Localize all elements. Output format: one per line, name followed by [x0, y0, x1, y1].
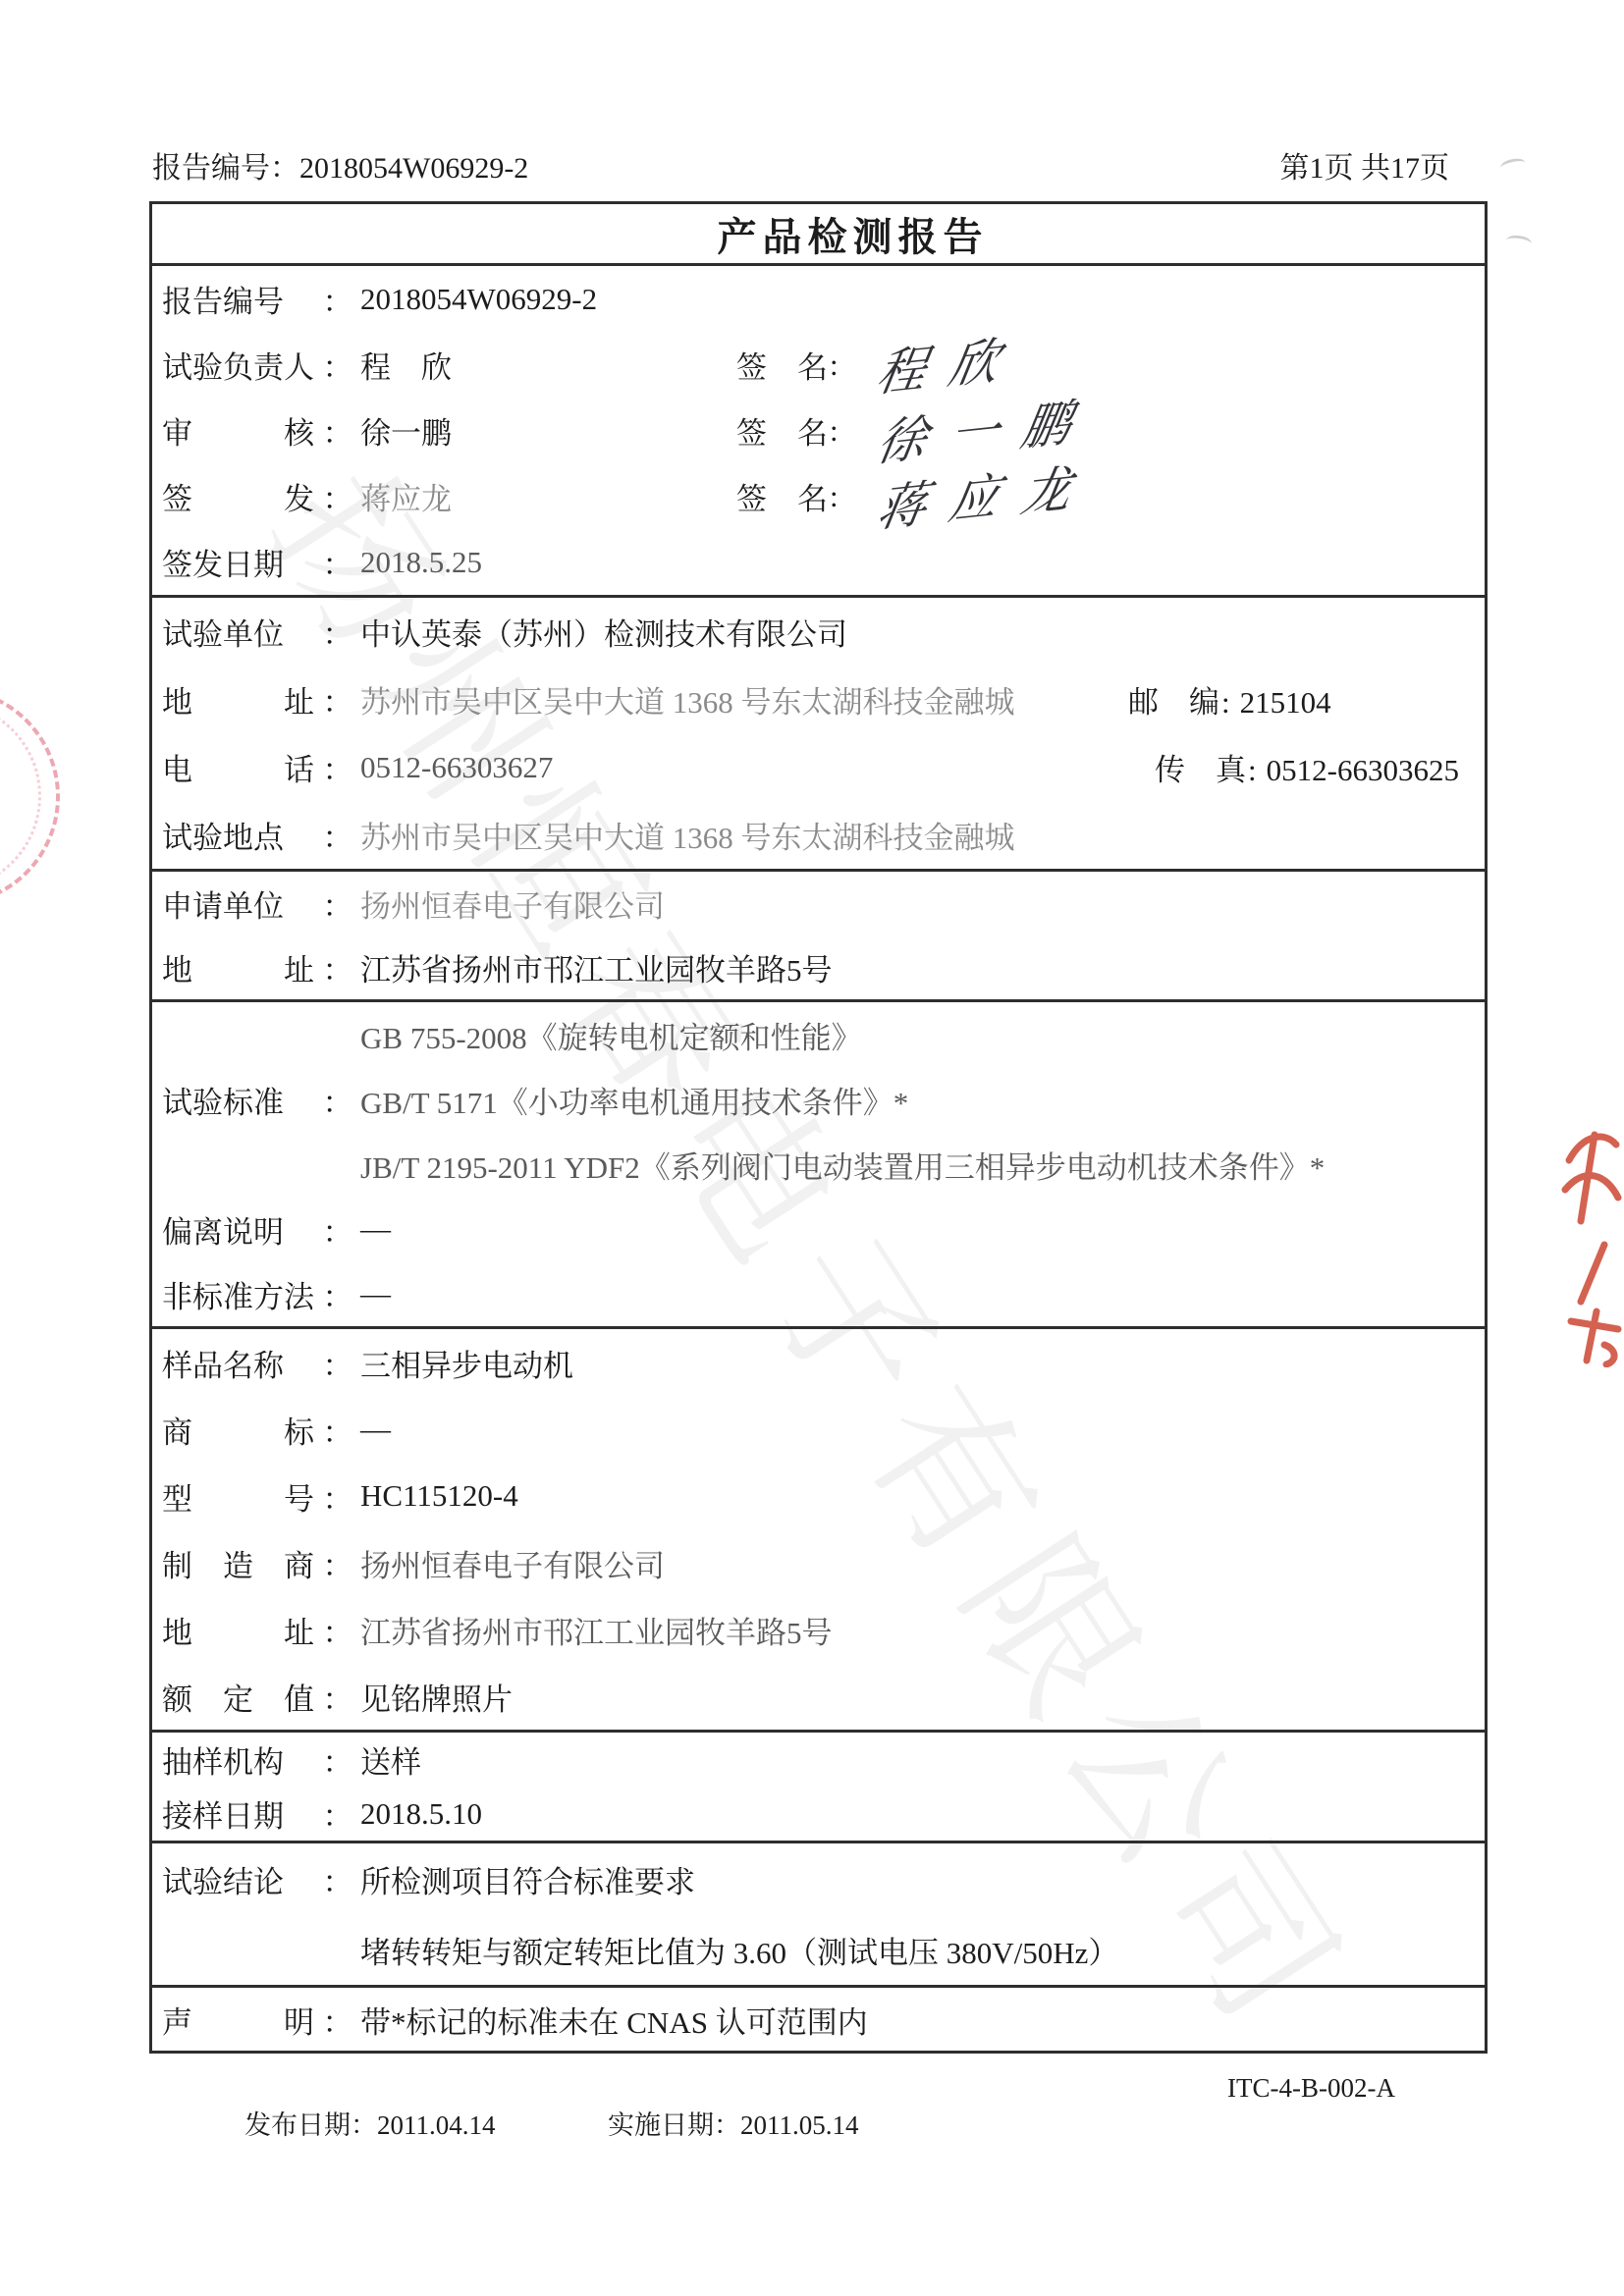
colon: ： — [321, 474, 354, 518]
section-sample: 样品名称 ： 三相异步电动机 商 标 ： — 型 号 ： HC115120-4 … — [152, 1326, 1485, 1730]
field-label: 审 核 — [162, 408, 321, 453]
row-sample-date: 接样日期 ： 2018.5.10 — [152, 1787, 1485, 1841]
report-number-label: 报告编号： — [152, 152, 299, 185]
row-nonstandard-method: 非标准方法 ： — — [152, 1261, 1485, 1326]
field-label: 抽样机构 — [162, 1737, 321, 1782]
section-conclusion: 试验结论 ： 所检测项目符合标准要求 ： 堵转转矩与额定转矩比值为 3.60（测… — [152, 1841, 1485, 1985]
row-model: 型 号 ： HC115120-4 — [152, 1463, 1485, 1529]
red-stamp-fragment — [1561, 1127, 1624, 1367]
publish-date: 发布日期：2011.04.14 — [218, 2073, 496, 2172]
field-value: 0512-66303627 — [360, 750, 553, 785]
row-standard-1: ： GB 755-2008《旋转电机定额和性能》 — [152, 1002, 1485, 1067]
field-label: 接样日期 — [162, 1791, 321, 1836]
field-label: 声 明 — [162, 1998, 321, 2042]
sign-label: 签 名 — [736, 408, 828, 453]
field-value: — — [360, 1276, 391, 1311]
colon: ： — [321, 1998, 354, 2042]
field-label: 地 址 — [162, 677, 321, 721]
colon: ： — [321, 1737, 354, 1782]
signature-group: 签 名: 蒋应龙 — [736, 464, 1096, 529]
colon: : — [830, 413, 839, 449]
field-label: 签发日期 — [162, 540, 321, 584]
report-title: 产品检测报告 — [152, 204, 1485, 263]
colon: ： — [321, 945, 354, 989]
fax-label: 传 真 — [1155, 753, 1246, 787]
field-label: 型 号 — [162, 1474, 321, 1519]
page-meta-header: 报告编号：2018054W06929-2 第1页 共17页 — [152, 143, 1449, 187]
field-value: 所检测项目符合标准要求 — [360, 1857, 695, 1901]
field-label: 报告编号 — [162, 277, 321, 321]
field-label: 偏离说明 — [162, 1207, 321, 1252]
row-standard-2: 试验标准 ： GB/T 5171《小功率电机通用技术条件》* — [152, 1067, 1485, 1132]
colon: ： — [321, 277, 354, 321]
report-table: 产品检测报告 报告编号 ： 2018054W06929-2 试验负责人 ： 程 … — [149, 201, 1488, 2054]
field-label: 非标准方法 — [162, 1272, 321, 1316]
colon: : — [830, 479, 839, 514]
field-value: — — [360, 1412, 391, 1447]
field-label: 试验负责人 — [162, 343, 321, 387]
colon: ： — [321, 1078, 354, 1122]
field-value: 程 欣 — [360, 343, 452, 387]
field-value: GB 755-2008《旋转电机定额和性能》 — [360, 1013, 862, 1057]
colon: ： — [321, 610, 354, 654]
field-value: 2018054W06929-2 — [360, 282, 597, 317]
field-value: 苏州市吴中区吴中大道 1368 号东太湖科技金融城 — [360, 677, 1015, 721]
colon: ： — [321, 1541, 354, 1585]
row-issuer: 签 发 ： 蒋应龙 签 名: 蒋应龙 — [152, 463, 1485, 529]
field-label: 申请单位 — [162, 881, 321, 926]
field-label: 额 定 值 — [162, 1675, 321, 1719]
colon: ： — [321, 1675, 354, 1719]
row-applicant: 申请单位 ： 扬州恒春电子有限公司 — [152, 872, 1485, 935]
colon: ： — [321, 343, 354, 387]
colon: ： — [321, 1408, 354, 1452]
colon: ： — [321, 1474, 354, 1519]
section-standards: ： GB 755-2008《旋转电机定额和性能》 试验标准 ： GB/T 517… — [152, 999, 1485, 1326]
colon: ： — [321, 1857, 354, 1901]
row-mfr-address: 地 址 ： 江苏省扬州市邗江工业园牧羊路5号 — [152, 1596, 1485, 1663]
report-number-value: 2018054W06929-2 — [299, 152, 528, 185]
row-trademark: 商 标 ： — — [152, 1396, 1485, 1463]
row-manufacturer: 制 造 商 ： 扬州恒春电子有限公司 — [152, 1529, 1485, 1596]
implement-date: 实施日期：2011.05.14 — [581, 2073, 859, 2172]
field-value: 堵转转矩与额定转矩比值为 3.60（测试电压 380V/50Hz） — [360, 1928, 1118, 1972]
field-value: 扬州恒春电子有限公司 — [360, 1541, 665, 1585]
field-value: 送样 — [360, 1737, 421, 1782]
sign-label: 签 名 — [736, 474, 828, 518]
page-indicator: 第1页 共17页 — [1280, 143, 1450, 187]
document-code: ITC-4-B-002-A — [1227, 2073, 1395, 2104]
scan-artifact — [1505, 234, 1533, 249]
colon: ： — [321, 813, 354, 857]
colon: : — [830, 347, 839, 383]
field-value: 见铭牌照片 — [360, 1675, 513, 1719]
field-label: 地 址 — [162, 945, 321, 989]
colon: ： — [321, 1341, 354, 1385]
section-report-info: 报告编号 ： 2018054W06929-2 试验负责人 ： 程 欣 签 名: … — [152, 263, 1485, 595]
scanned-report-page: 扬州恒春电子有限公司 报告编号：2018054W06929-2 第1页 共17页 — [0, 0, 1624, 2296]
field-value: 徐一鹏 — [360, 408, 452, 453]
field-label: 样品名称 — [162, 1341, 321, 1385]
field-value: HC115120-4 — [360, 1478, 518, 1514]
row-phone: 电 话 ： 0512-66303627 传 真:0512-66303625 — [152, 733, 1485, 801]
field-value: 江苏省扬州市邗江工业园牧羊路5号 — [360, 945, 833, 989]
section-title: 产品检测报告 — [152, 204, 1485, 263]
colon: ： — [321, 408, 354, 453]
field-label: 制 造 商 — [162, 1541, 321, 1585]
colon: ： — [321, 745, 354, 789]
section-applicant: 申请单位 ： 扬州恒春电子有限公司 地 址 ： 江苏省扬州市邗江工业园牧羊路5号 — [152, 869, 1485, 999]
row-sampling-org: 抽样机构 ： 送样 — [152, 1733, 1485, 1787]
row-statement: 声 明 ： 带*标记的标准未在 CNAS 认可范围内 — [152, 1988, 1485, 2051]
field-value: 江苏省扬州市邗江工业园牧羊路5号 — [360, 1608, 833, 1652]
row-conclusion-2: ： 堵转转矩与额定转矩比值为 3.60（测试电压 380V/50Hz） — [152, 1914, 1485, 1985]
colon: ： — [321, 881, 354, 926]
field-value: 中认英泰（苏州）检测技术有限公司 — [360, 610, 847, 654]
colon: : — [1248, 753, 1257, 788]
field-value: 蒋应龙 — [360, 474, 452, 518]
row-test-leader: 试验负责人 ： 程 欣 签 名: 程欣 — [152, 332, 1485, 398]
field-value: — — [360, 1211, 391, 1247]
field-value: 2018.5.10 — [360, 1796, 482, 1832]
field-label: 试验结论 — [162, 1857, 321, 1901]
section-sampling: 抽样机构 ： 送样 接样日期 ： 2018.5.10 — [152, 1730, 1485, 1841]
field-label: 商 标 — [162, 1408, 321, 1452]
publish-date-value: 2011.04.14 — [377, 2110, 496, 2140]
scan-artifact — [1499, 156, 1527, 174]
field-value: 扬州恒春电子有限公司 — [360, 881, 665, 926]
field-label: 电 话 — [162, 745, 321, 789]
publish-date-label: 发布日期： — [244, 2110, 377, 2140]
field-label: 试验单位 — [162, 610, 321, 654]
row-reviewer: 审 核 ： 徐一鹏 签 名: 徐一鹏 — [152, 398, 1485, 463]
fax-value: 0512-66303625 — [1267, 753, 1459, 787]
colon: ： — [321, 1608, 354, 1652]
row-rated-value: 额 定 值 ： 见铭牌照片 — [152, 1663, 1485, 1730]
row-issue-date: 签发日期 ： 2018.5.25 — [152, 529, 1485, 595]
row-applicant-address: 地 址 ： 江苏省扬州市邗江工业园牧羊路5号 — [152, 935, 1485, 999]
row-test-location: 试验地点 ： 苏州市吴中区吴中大道 1368 号东太湖科技金融城 — [152, 801, 1485, 869]
field-label: 签 发 — [162, 474, 321, 518]
field-label: 试验标准 — [162, 1078, 321, 1122]
row-deviation: 偏离说明 ： — — [152, 1197, 1485, 1261]
colon: ： — [321, 1791, 354, 1836]
field-value: 三相异步电动机 — [360, 1341, 573, 1385]
field-value: JB/T 2195-2011 YDF2《系列阀门电动装置用三相异步电动机技术条件… — [360, 1143, 1325, 1187]
colon: ： — [321, 1272, 354, 1316]
implement-date-value: 2011.05.14 — [740, 2110, 859, 2140]
colon: ： — [321, 677, 354, 721]
row-sample-name: 样品名称 ： 三相异步电动机 — [152, 1329, 1485, 1396]
field-label: 试验地点 — [162, 813, 321, 857]
colon: ： — [321, 1207, 354, 1252]
report-number-header: 报告编号：2018054W06929-2 — [152, 143, 528, 187]
colon: ： — [321, 540, 354, 584]
implement-date-label: 实施日期： — [608, 2110, 740, 2140]
field-value: 2018.5.25 — [360, 545, 482, 580]
section-test-org: 试验单位 ： 中认英泰（苏州）检测技术有限公司 地 址 ： 苏州市吴中区吴中大道… — [152, 595, 1485, 869]
section-statement: 声 明 ： 带*标记的标准未在 CNAS 认可范围内 — [152, 1985, 1485, 2051]
sign-label: 签 名 — [736, 343, 828, 387]
row-report-no: 报告编号 ： 2018054W06929-2 — [152, 266, 1485, 332]
field-label: 地 址 — [162, 1608, 321, 1652]
signature-group: 签 名: 程欣 — [736, 333, 1023, 398]
field-value: 苏州市吴中区吴中大道 1368 号东太湖科技金融城 — [360, 813, 1015, 857]
field-value: 带*标记的标准未在 CNAS 认可范围内 — [360, 1998, 868, 2042]
row-conclusion-1: 试验结论 ： 所检测项目符合标准要求 — [152, 1843, 1485, 1914]
row-standard-3: ： JB/T 2195-2011 YDF2《系列阀门电动装置用三相异步电动机技术… — [152, 1132, 1485, 1197]
field-value: GB/T 5171《小功率电机通用技术条件》* — [360, 1078, 908, 1122]
